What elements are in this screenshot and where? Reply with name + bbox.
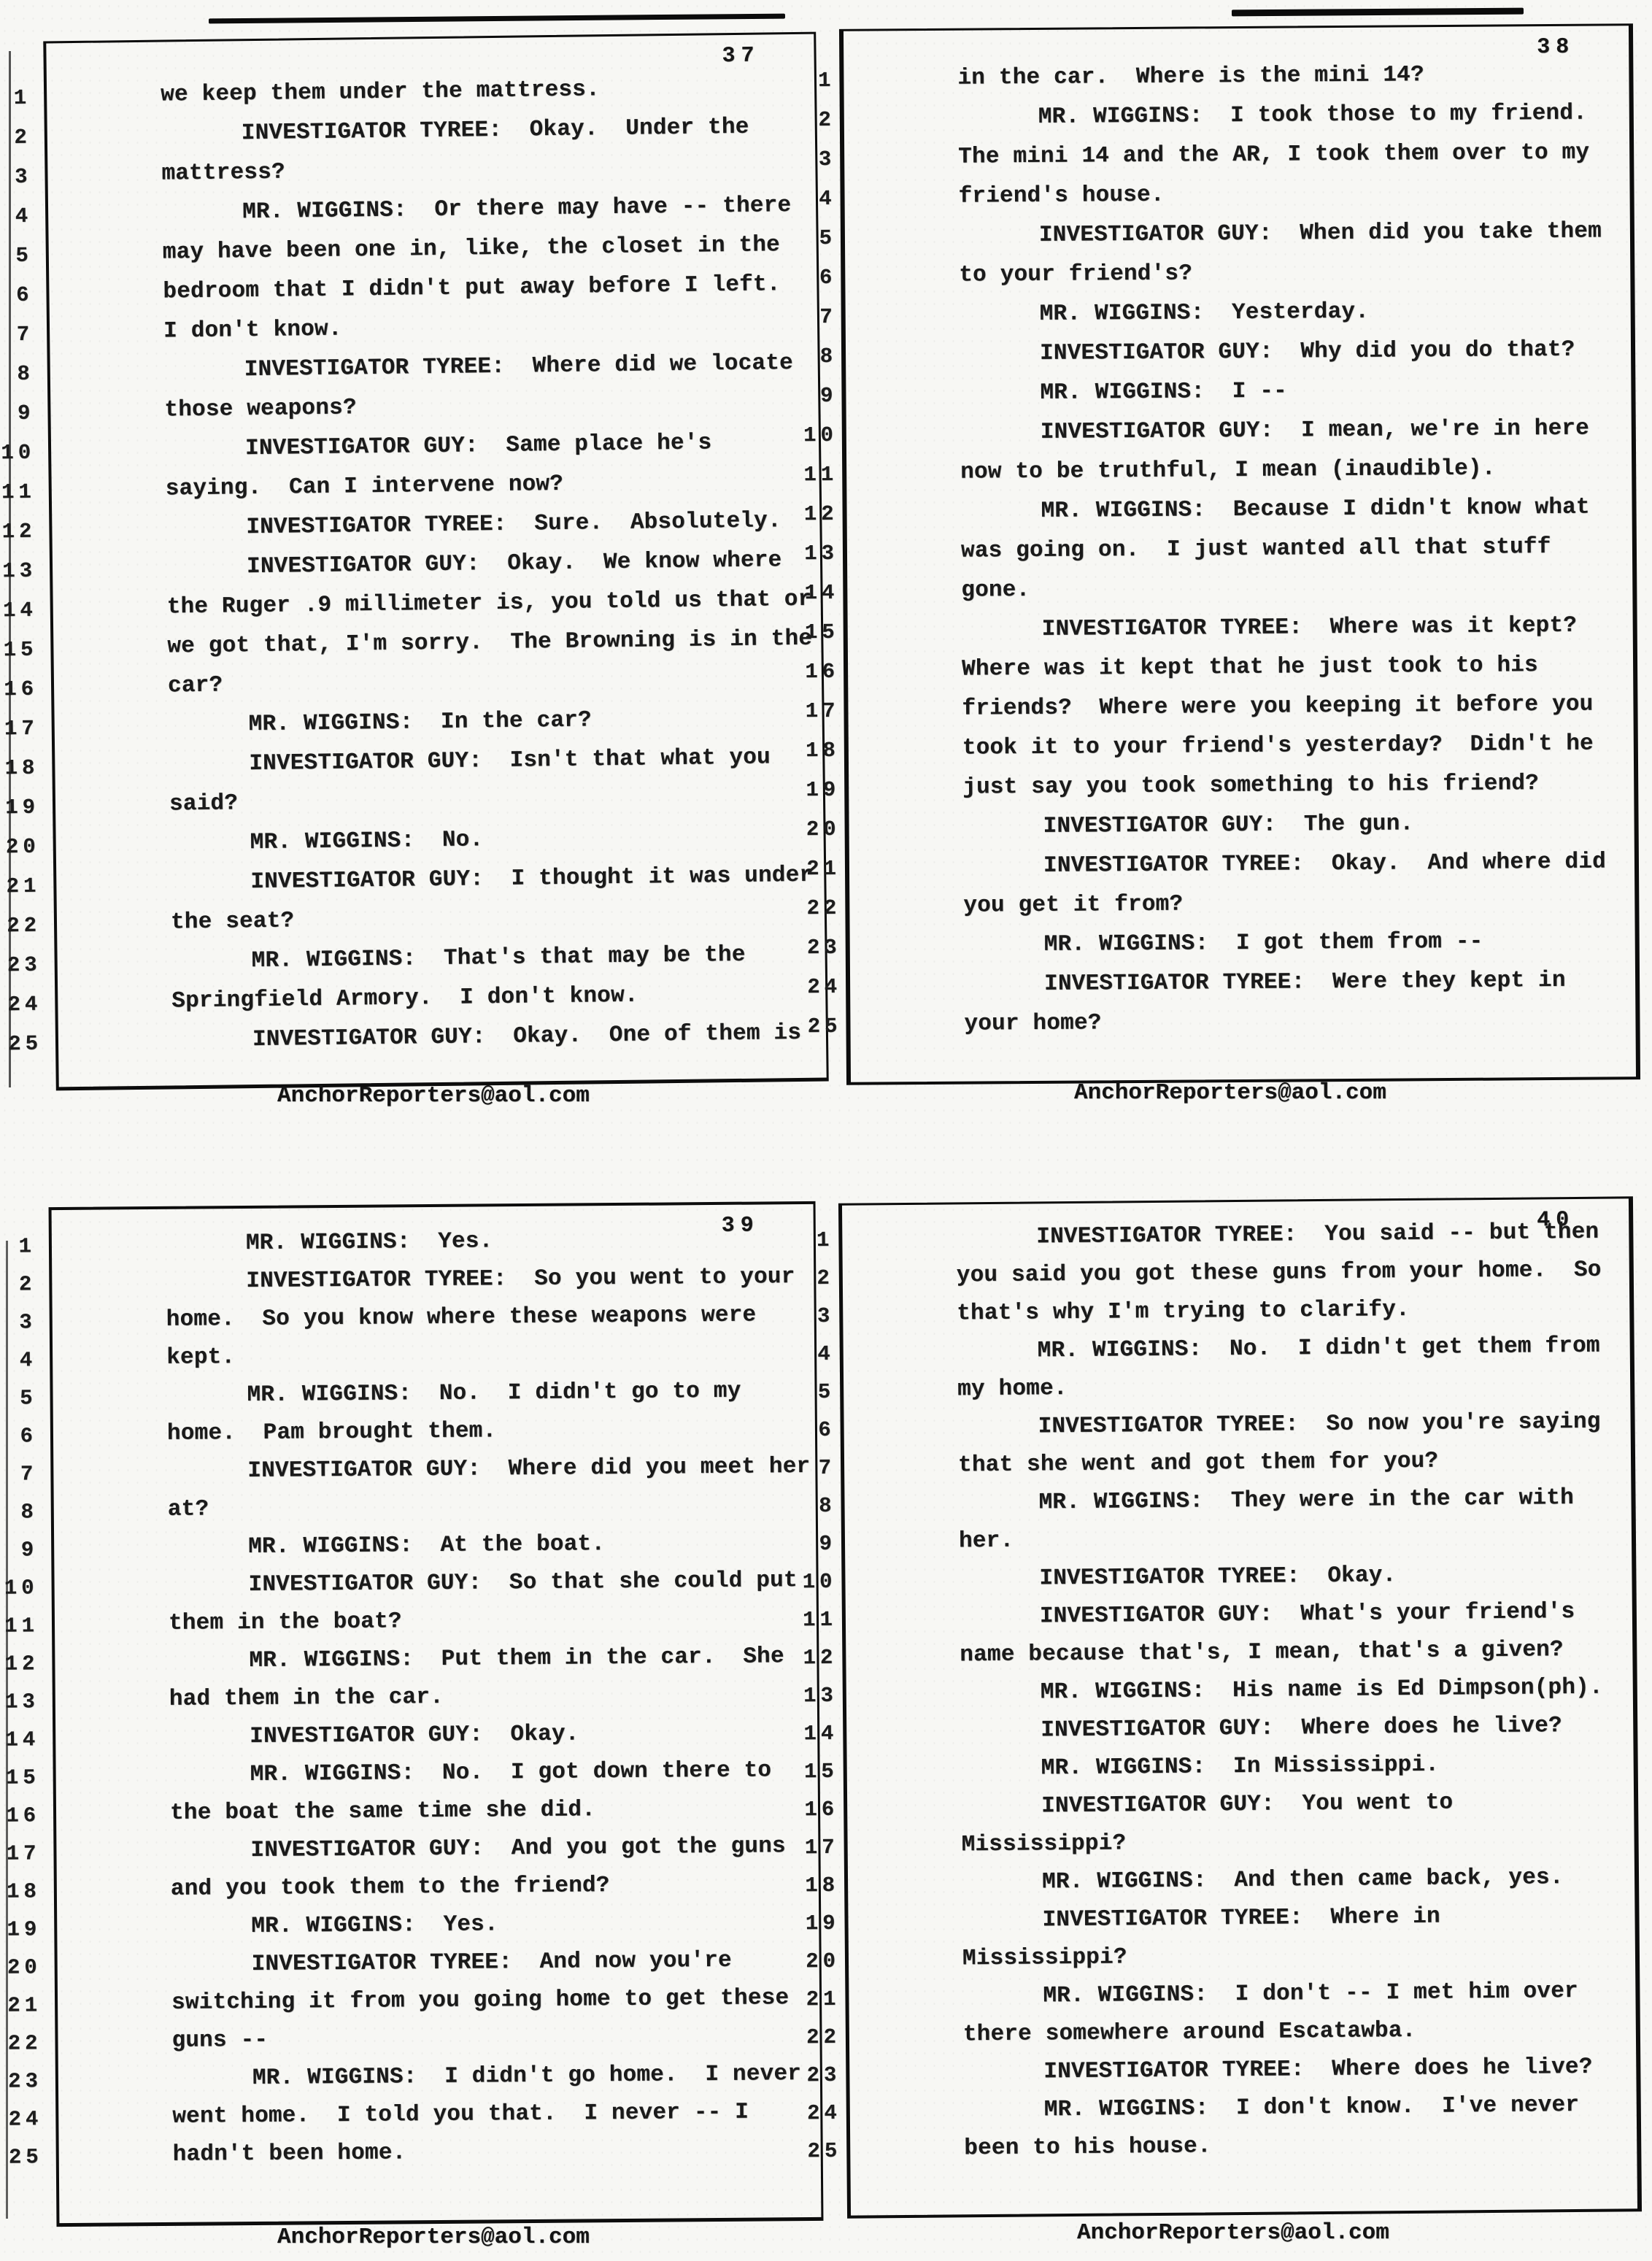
line-number: 15 <box>778 620 839 645</box>
line-number: 7 <box>0 323 34 347</box>
transcript-line: 3that's why I'm trying to clarify. <box>843 1295 1629 1339</box>
line-text: INVESTIGATOR TYREE: Okay. Under the <box>242 115 749 146</box>
line-number: 12 <box>776 502 838 527</box>
line-text: MR. WIGGINS: Yes. <box>251 1911 498 1939</box>
line-text: The mini 14 and the AR, I took them over… <box>958 140 1589 170</box>
line-number: 9 <box>775 1532 836 1557</box>
line-number: 12 <box>0 520 36 544</box>
line-number: 8 <box>774 1494 835 1519</box>
line-number: 17 <box>778 1836 839 1860</box>
line-number: 23 <box>780 936 841 960</box>
line-text: MR. WIGGINS: They were in the car with <box>1038 1485 1574 1515</box>
line-text: home. So you know where these weapons we… <box>166 1303 757 1333</box>
transcript-line: 8MR. WIGGINS: They were in the car with <box>844 1484 1631 1529</box>
transcript-line: 22there somewhere around Escatawba. <box>849 2016 1636 2060</box>
transcript-line: 9MR. WIGGINS: I -- <box>846 376 1631 421</box>
line-text: my home. <box>957 1376 1068 1402</box>
line-number: 24 <box>0 993 42 1017</box>
line-number: 4 <box>773 1342 835 1367</box>
line-text: that she went and got them for you? <box>958 1449 1438 1479</box>
line-number: 6 <box>774 1418 835 1443</box>
line-text: MR. WIGGINS: I -- <box>1040 379 1287 406</box>
line-text: INVESTIGATOR GUY: When did you take them <box>1039 219 1602 248</box>
line-number: 15 <box>0 1765 40 1790</box>
line-number: 11 <box>0 480 36 505</box>
line-number: 23 <box>779 2063 841 2088</box>
transcript-line: 3home. So you know where these weapons w… <box>53 1302 814 1346</box>
transcript-page-37: 37 1we keep them under the mattress.2INV… <box>43 32 828 1091</box>
line-text: you said you got these guns from your ho… <box>957 1257 1602 1289</box>
transcript-line: 18and you took them to the friend? <box>57 1871 819 1915</box>
reporter-email-footer: AnchorReporters@aol.com <box>1074 1080 1386 1106</box>
transcript-line: 19just say you took something to his fri… <box>849 770 1634 815</box>
transcript-line: 18MR. WIGGINS: And then came back, yes. <box>848 1864 1634 1908</box>
transcript-lines: 1INVESTIGATOR TYREE: You said -- but the… <box>842 1198 1637 2174</box>
transcript-line: 15MR. WIGGINS: No. I got down there to <box>56 1757 818 1801</box>
transcript-line: 11INVESTIGATOR GUY: What's your friend's <box>846 1598 1632 1643</box>
line-text: kept. <box>166 1344 235 1371</box>
line-text: INVESTIGATOR TYREE: Were they kept in <box>1044 968 1566 997</box>
line-text: INVESTIGATOR TYREE: Where was it kept? <box>1042 613 1578 642</box>
line-text: name because that's, I mean, that's a gi… <box>960 1637 1564 1668</box>
line-text: MR. WIGGINS: And then came back, yes. <box>1042 1865 1564 1895</box>
transcript-line: 13MR. WIGGINS: His name is Ed Dimpson(ph… <box>846 1674 1633 1719</box>
line-text: INVESTIGATOR TYREE: So now you're saying <box>1038 1409 1600 1440</box>
line-number: 18 <box>0 756 39 781</box>
transcript-line: 15INVESTIGATOR TYREE: Where was it kept? <box>848 612 1633 658</box>
line-text: MR. WIGGINS: I took those to my friend. <box>1038 101 1587 130</box>
transcript-page-39: 39 1MR. WIGGINS: Yes.2INVESTIGATOR TYREE… <box>49 1201 824 2227</box>
line-number: 21 <box>0 1993 42 2018</box>
line-number: 2 <box>774 108 835 133</box>
line-text: INVESTIGATOR TYREE: Okay. <box>1039 1563 1396 1591</box>
transcript-line: 21INVESTIGATOR TYREE: Okay. And where di… <box>849 849 1634 894</box>
line-number: 13 <box>776 1684 838 1709</box>
line-text: INVESTIGATOR GUY: You went to <box>1041 1790 1453 1819</box>
line-text: INVESTIGATOR GUY: So that she could put <box>248 1568 797 1598</box>
line-text: MR. WIGGINS: Put them in the car. She <box>249 1644 784 1673</box>
line-text: INVESTIGATOR GUY: Where did you meet her <box>247 1454 810 1484</box>
transcript-line: 17Mississippi? <box>847 1826 1634 1871</box>
transcript-page-40: 40 1INVESTIGATOR TYREE: You said -- but … <box>838 1196 1642 2218</box>
line-text: Springfield Armory. I don't know. <box>171 983 638 1014</box>
line-text: Mississippi? <box>961 1830 1126 1857</box>
line-text: the boat the same time she did. <box>170 1797 595 1826</box>
line-number: 5 <box>775 226 836 251</box>
line-text: MR. WIGGINS: Yesterday. <box>1040 299 1370 327</box>
line-number: 9 <box>776 384 837 409</box>
line-number: 11 <box>776 463 838 488</box>
line-number: 16 <box>0 1803 40 1828</box>
line-text: we keep them under the mattress. <box>161 77 600 107</box>
sheet: 37 1we keep them under the mattress.2INV… <box>0 0 1652 2261</box>
line-number: 1 <box>0 1234 36 1259</box>
line-text: Where was it kept that he just took to h… <box>962 652 1538 682</box>
line-text: MR. WIGGINS: In Mississippi. <box>1041 1752 1440 1782</box>
transcript-line: 5my home. <box>844 1371 1630 1415</box>
line-number: 18 <box>778 1873 839 1898</box>
line-number: 10 <box>776 423 838 448</box>
transcript-page-38: 38 1in the car. Where is the mini 14?2MR… <box>839 23 1640 1085</box>
transcript-line: 19INVESTIGATOR TYREE: Where in <box>848 1902 1634 1946</box>
transcript-line: 25your home? <box>850 1006 1635 1052</box>
transcript-line: 15MR. WIGGINS: In Mississippi. <box>847 1750 1634 1795</box>
scan-streak-top-left <box>209 14 785 24</box>
line-number: 22 <box>0 2031 42 2056</box>
line-number: 10 <box>775 1570 836 1595</box>
line-number: 4 <box>774 187 835 212</box>
line-text: MR. WIGGINS: Because I didn't know what <box>1041 495 1589 524</box>
line-text: them in the boat? <box>169 1609 402 1636</box>
transcript-line: 9MR. WIGGINS: At the boat. <box>54 1530 816 1574</box>
line-number: 17 <box>778 699 839 724</box>
transcript-line: 1MR. WIGGINS: Yes. <box>52 1226 814 1270</box>
line-text: MR. WIGGINS: I got them from -- <box>1044 929 1483 958</box>
line-text: you get it from? <box>963 892 1183 919</box>
line-number: 14 <box>0 598 37 623</box>
line-number: 24 <box>780 2101 841 2126</box>
line-text: INVESTIGATOR GUY: Why did you do that? <box>1040 337 1575 366</box>
line-number: 8 <box>776 344 837 369</box>
line-number: 20 <box>779 817 841 842</box>
line-text: I don't know. <box>163 317 342 344</box>
line-number: 5 <box>0 1386 37 1411</box>
transcript-line: 8INVESTIGATOR GUY: Why did you do that? <box>846 336 1631 382</box>
transcript-line: 24went home. I told you that. I never --… <box>58 2099 820 2143</box>
transcript-line: 10INVESTIGATOR GUY: So that she could pu… <box>54 1568 816 1611</box>
line-number: 3 <box>774 147 835 172</box>
transcript-line: 21switching it from you going home to ge… <box>58 1985 819 2029</box>
transcript-line: 10INVESTIGATOR TYREE: Okay. <box>845 1560 1632 1605</box>
line-text: went home. I told you that. I never -- I <box>172 2100 749 2130</box>
transcript-line: 14INVESTIGATOR GUY: Where does he live? <box>846 1712 1633 1757</box>
line-text: INVESTIGATOR TYREE: So you went to your <box>246 1264 795 1294</box>
transcript-line: 7MR. WIGGINS: Yesterday. <box>846 297 1631 342</box>
line-text: INVESTIGATOR TYREE: Where in <box>1042 1904 1440 1933</box>
line-text: INVESTIGATOR GUY: Isn't that what you <box>249 744 771 777</box>
line-text: MR. WIGGINS: No. <box>250 827 483 855</box>
transcript-line: 6to your friend's? <box>845 258 1630 303</box>
transcript-line: 21MR. WIGGINS: I don't -- I met him over <box>849 1978 1635 2022</box>
line-number: 22 <box>779 896 841 921</box>
line-text: MR. WIGGINS: Yes. <box>246 1228 493 1256</box>
line-number: 25 <box>0 2145 43 2170</box>
transcript-line: 10INVESTIGATOR GUY: I mean, we're in her… <box>846 415 1632 461</box>
line-number: 19 <box>779 778 840 803</box>
line-number: 9 <box>0 1538 38 1563</box>
line-number: 17 <box>0 1841 41 1866</box>
transcript-line: 13was going on. I just wanted all that s… <box>847 534 1632 579</box>
line-text: INVESTIGATOR GUY: What's your friend's <box>1040 1599 1575 1629</box>
line-number: 7 <box>0 1462 38 1487</box>
transcript-line: 23MR. WIGGINS: I got them from -- <box>850 928 1635 973</box>
line-text: MR. WIGGINS: I don't know. I've never <box>1044 2092 1580 2122</box>
line-text: MR. WIGGINS: In the car? <box>248 707 591 737</box>
line-number: 6 <box>775 266 836 290</box>
line-number: 20 <box>779 1949 840 1974</box>
line-number: 15 <box>0 638 38 663</box>
line-text: in the car. Where is the mini 14? <box>957 62 1424 90</box>
transcript-line: 1INVESTIGATOR TYREE: You said -- but the… <box>842 1219 1629 1263</box>
line-text: INVESTIGATOR GUY: The gun. <box>1043 811 1413 839</box>
line-number: 21 <box>0 874 41 899</box>
line-number: 19 <box>0 1917 41 1942</box>
line-number: 24 <box>780 975 841 1000</box>
line-text: switching it from you going home to get … <box>171 1985 789 2016</box>
scan-streak-top-right <box>1232 8 1524 17</box>
transcript-line: 23INVESTIGATOR TYREE: Where does he live… <box>849 2054 1636 2098</box>
line-number: 5 <box>773 1380 835 1405</box>
line-number: 13 <box>777 542 838 566</box>
reporter-email-footer: AnchorReporters@aol.com <box>277 1083 590 1109</box>
transcript-line: 9her. <box>845 1522 1632 1567</box>
line-text: took it to your friend's yesterday? Didn… <box>962 731 1594 761</box>
line-number: 16 <box>777 1798 838 1822</box>
line-number: 17 <box>0 717 39 742</box>
line-text: MR. WIGGINS: No. I didn't go to my <box>247 1379 741 1408</box>
reporter-email-footer: AnchorReporters@aol.com <box>277 2225 590 2250</box>
transcript-line: 11now to be truthful, I mean (inaudible)… <box>846 455 1632 500</box>
line-text: MR. WIGGINS: At the boat. <box>248 1531 605 1560</box>
line-number: 21 <box>779 1987 840 2012</box>
transcript-lines: 1MR. WIGGINS: Yes.2INVESTIGATOR TYREE: S… <box>52 1204 821 2181</box>
transcript-line: 5MR. WIGGINS: No. I didn't go to my <box>53 1378 814 1422</box>
transcript-line: 24INVESTIGATOR TYREE: Were they kept in <box>850 967 1635 1012</box>
line-text: INVESTIGATOR GUY: Same place he's <box>245 430 712 461</box>
line-number: 5 <box>0 244 33 269</box>
line-number: 1 <box>0 86 31 111</box>
line-number: 13 <box>0 1690 39 1714</box>
transcript-line: 14INVESTIGATOR GUY: Okay. <box>55 1719 817 1763</box>
line-number: 12 <box>0 1652 39 1676</box>
line-number: 3 <box>773 1304 834 1329</box>
line-number: 25 <box>780 2139 841 2164</box>
line-number: 19 <box>778 1911 839 1936</box>
line-number: 19 <box>0 796 39 820</box>
line-number: 23 <box>0 2069 42 2094</box>
line-number: 22 <box>779 2025 841 2050</box>
line-text: guns -- <box>171 2027 268 2054</box>
line-number: 10 <box>0 1576 39 1601</box>
transcript-line: 5INVESTIGATOR GUY: When did you take the… <box>845 218 1630 263</box>
transcript-line: 12MR. WIGGINS: Put them in the car. She <box>55 1644 817 1687</box>
line-text: her. <box>959 1528 1014 1555</box>
line-number: 6 <box>0 1424 37 1449</box>
line-text: had them in the car. <box>169 1684 444 1712</box>
line-text: to your friend's? <box>959 261 1192 288</box>
scanned-transcript-sheet: { "pages": [ { "number": "37", "footer":… <box>0 0 1652 2261</box>
transcript-line: 20INVESTIGATOR GUY: The gun. <box>849 809 1634 855</box>
transcript-line: 6home. Pam brought them. <box>53 1416 815 1460</box>
line-number: 12 <box>776 1646 837 1671</box>
line-number: 15 <box>777 1760 838 1784</box>
line-number: 8 <box>0 1500 38 1525</box>
transcript-line: 7that she went and got them for you? <box>844 1447 1631 1491</box>
line-number: 2 <box>773 1266 834 1291</box>
line-number: 11 <box>776 1608 837 1633</box>
transcript-line: 25been to his house. <box>850 2130 1637 2174</box>
transcript-line: 1in the car. Where is the mini 14? <box>844 61 1629 106</box>
line-text: INVESTIGATOR GUY: Where does he live? <box>1041 1713 1562 1743</box>
transcript-line: 23MR. WIGGINS: I didn't go home. I never <box>58 2061 820 2105</box>
transcript-line: 13had them in the car. <box>55 1682 817 1725</box>
line-text: INVESTIGATOR GUY: And you got the guns <box>250 1833 786 1863</box>
line-text: INVESTIGATOR GUY: Okay. <box>250 1721 579 1749</box>
line-text: friend's house. <box>958 182 1164 209</box>
line-text: your home? <box>964 1010 1101 1036</box>
transcript-line: 18took it to your friend's yesterday? Di… <box>849 731 1634 776</box>
line-number: 25 <box>0 1032 42 1057</box>
line-number: 14 <box>777 581 838 606</box>
line-text: now to be truthful, I mean (inaudible). <box>960 456 1496 485</box>
transcript-line: 2INVESTIGATOR TYREE: So you went to your <box>52 1264 814 1308</box>
line-number: 16 <box>0 677 38 702</box>
line-text: MR. WIGGINS: I didn't go home. I never <box>252 2061 801 2091</box>
line-number: 18 <box>0 1879 41 1904</box>
line-number: 22 <box>0 914 41 939</box>
transcript-line: 17INVESTIGATOR GUY: And you got the guns <box>56 1833 818 1877</box>
transcript-line: 25hadn't been home. <box>59 2137 821 2181</box>
line-text: MR. WIGGINS: That's that may be the <box>251 942 745 974</box>
line-number: 2 <box>0 1272 36 1297</box>
line-number: 2 <box>0 126 31 150</box>
line-text: car? <box>168 673 223 699</box>
line-number: 13 <box>0 559 36 584</box>
line-number: 14 <box>776 1722 838 1746</box>
transcript-line: 16Where was it kept that he just took to… <box>848 652 1633 697</box>
transcript-line: 8at? <box>54 1492 816 1536</box>
line-number: 4 <box>0 1348 36 1373</box>
line-number: 11 <box>0 1614 39 1638</box>
line-text: was going on. I just wanted all that stu… <box>961 534 1551 564</box>
transcript-line: 11them in the boat? <box>55 1606 817 1649</box>
line-text: home. Pam brought them. <box>167 1418 497 1447</box>
line-text: INVESTIGATOR TYREE: And now you're <box>252 1948 732 1977</box>
line-text: gone. <box>961 577 1030 604</box>
line-text: INVESTIGATOR GUY: I mean, we're in here <box>1041 416 1589 445</box>
transcript-line: 22you get it from? <box>849 888 1634 933</box>
line-number: 8 <box>0 362 34 387</box>
transcript-line: 25INVESTIGATOR GUY: Okay. One of them is <box>58 1020 827 1069</box>
line-text: saying. Can I intervene now? <box>166 471 564 502</box>
line-number: 20 <box>0 835 40 860</box>
line-text: INVESTIGATOR TYREE: You said -- but then <box>1036 1220 1599 1250</box>
line-text: MR. WIGGINS: No. I got down there to <box>250 1757 772 1787</box>
line-number: 18 <box>779 739 840 763</box>
transcript-line: 24MR. WIGGINS: I don't know. I've never <box>850 2092 1637 2136</box>
transcript-line: 16INVESTIGATOR GUY: You went to <box>847 1788 1634 1833</box>
transcript-line: 19MR. WIGGINS: Yes. <box>57 1909 819 1953</box>
line-number: 3 <box>0 1310 36 1335</box>
transcript-line: 4kept. <box>53 1340 814 1384</box>
line-text: said? <box>169 790 238 817</box>
line-number: 24 <box>0 2107 42 2132</box>
line-number: 10 <box>0 441 35 466</box>
line-number: 6 <box>0 283 34 308</box>
line-text: MR. WIGGINS: No. I didn't get them from <box>1038 1333 1600 1364</box>
line-text: Mississippi? <box>962 1944 1127 1971</box>
transcript-line: 3The mini 14 and the AR, I took them ove… <box>844 139 1629 185</box>
line-number: 16 <box>778 660 839 685</box>
transcript-line: 6INVESTIGATOR TYREE: So now you're sayin… <box>844 1409 1630 1453</box>
line-number: 9 <box>0 401 35 426</box>
transcript-lines: 1we keep them under the mattress.2INVEST… <box>46 34 826 1069</box>
line-number: 25 <box>780 1014 841 1039</box>
transcript-line: 4MR. WIGGINS: No. I didn't get them from <box>844 1333 1630 1377</box>
transcript-line: 2you said you got these guns from your h… <box>843 1257 1629 1301</box>
line-text: MR. WIGGINS: I don't -- I met him over <box>1043 1979 1578 2008</box>
line-number: 7 <box>776 305 837 330</box>
line-text: MR. WIGGINS: His name is Ed Dimpson(ph). <box>1041 1675 1603 1706</box>
line-text: those weapons? <box>164 395 357 423</box>
transcript-line: 16the boat the same time she did. <box>56 1795 818 1839</box>
line-text: friends? Where were you keeping it befor… <box>962 692 1593 722</box>
line-number: 7 <box>774 1456 835 1481</box>
line-text: that's why I'm trying to clarify. <box>957 1297 1410 1326</box>
line-number: 20 <box>0 1955 42 1980</box>
transcript-line: 2MR. WIGGINS: I took those to my friend. <box>844 100 1629 145</box>
transcript-line: 22guns -- <box>58 2023 819 2067</box>
line-number: 3 <box>0 165 32 190</box>
line-text: the seat? <box>171 908 295 935</box>
line-number: 1 <box>772 1228 833 1253</box>
transcript-line: 20INVESTIGATOR TYREE: And now you're <box>58 1947 819 1991</box>
transcript-lines: 1in the car. Where is the mini 14?2MR. W… <box>844 26 1636 1051</box>
transcript-line: 17friends? Where were you keeping it bef… <box>848 691 1633 736</box>
line-text: been to his house. <box>964 2133 1211 2161</box>
line-text: at? <box>168 1496 209 1522</box>
line-text: there somewhere around Escatawba. <box>963 2018 1416 2047</box>
reporter-email-footer: AnchorReporters@aol.com <box>1077 2220 1389 2246</box>
line-text: just say you took something to his frien… <box>962 771 1539 801</box>
line-number: 23 <box>0 953 42 978</box>
transcript-line: 12name because that's, I mean, that's a … <box>846 1636 1632 1681</box>
line-text: and you took them to the friend? <box>171 1873 610 1902</box>
line-text: mattress? <box>161 159 285 186</box>
transcript-line: 12MR. WIGGINS: Because I didn't know wha… <box>846 494 1632 539</box>
line-number: 1 <box>773 69 835 93</box>
line-text: hadn't been home. <box>173 2140 406 2168</box>
transcript-line: 7INVESTIGATOR GUY: Where did you meet he… <box>53 1454 815 1498</box>
transcript-line: 4friend's house. <box>844 179 1629 224</box>
transcript-line: 20Mississippi? <box>849 1940 1635 1984</box>
transcript-line: 14gone. <box>847 573 1632 618</box>
line-number: 14 <box>0 1727 39 1752</box>
line-number: 21 <box>779 857 841 882</box>
line-text: INVESTIGATOR TYREE: Where does he live? <box>1043 2054 1592 2085</box>
line-text: INVESTIGATOR TYREE: Okay. And where did <box>1043 850 1606 879</box>
line-number: 4 <box>0 204 32 229</box>
